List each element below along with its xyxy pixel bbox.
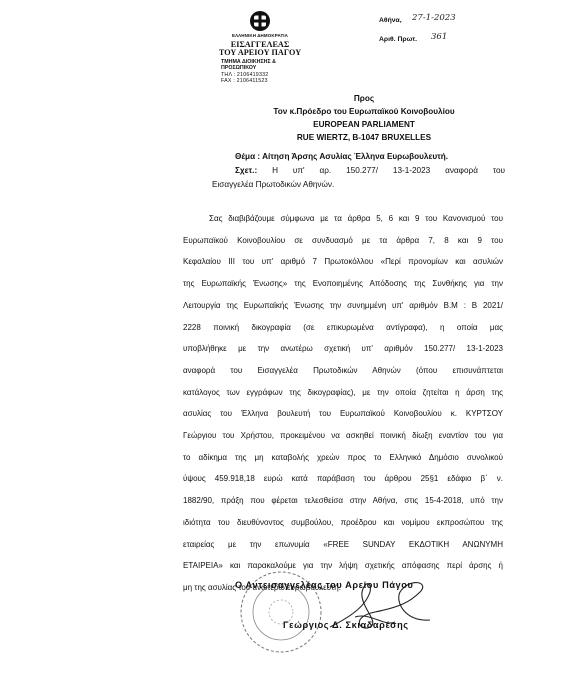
body-line: κατάλογος των εγγράφων της δικογραφίας),…: [183, 382, 503, 404]
body-line: αναφορά του Εισαγγελέα Πρωτοδικών Αθηνών…: [183, 360, 503, 382]
body-line: εταιρείας με την επωνυμία «FREE SUNDAY Ε…: [183, 534, 503, 556]
subject-text: Αίτηση Άρσης Ασυλίας Έλληνα Ευρωβουλευτή…: [262, 152, 448, 161]
signatory-name: Γεώργιος Δ. Σκιαδαρέσης: [283, 620, 409, 630]
body-line: Ευρωπαϊκού Κοινοβουλίου σε συνδυασμό με …: [183, 230, 503, 252]
date-label: Αθήνα,: [379, 17, 402, 24]
body-line: Λειτουργία της Ευρωπαϊκής Ένωσης την συν…: [183, 295, 503, 317]
body-line: 1882/90, πράξη που φέρεται τελεσθείσα στ…: [183, 490, 503, 512]
body-line: Γεώργιου του Χρήστου, προκειμένου να ασκ…: [183, 425, 503, 447]
body-line: το αδίκημα της μη καταβολής χρεών προς τ…: [183, 447, 503, 469]
republic-label: ΕΛΛΗΝΙΚΗ ΔΗΜΟΚΡΑΤΙΑ: [225, 33, 295, 38]
body-line: Κεφαλαίου III του υπ' αριθμό 7 Πρωτοκόλλ…: [183, 251, 503, 273]
department: ΤΜΗΜΑ ΔΙΟΙΚΗΣΗΣ & ΠΡΟΣΩΠΙΚΟΥ: [221, 59, 301, 71]
recipient-name: Τον κ.Πρόεδρο του Ευρωπαϊκού Κοινοβουλίο…: [214, 107, 514, 116]
body-line: Σας διαβιβάζουμε σύμφωνα με τα άρθρα 5, …: [183, 208, 503, 230]
body-line: ασυλίας του Έλληνα βουλευτή του Ευρωπαϊκ…: [183, 403, 503, 425]
body-line: της Ευρωπαϊκής Ένωσης» της Ενοποιημένης …: [183, 273, 503, 295]
recipient-org: EUROPEAN PARLIAMENT: [214, 120, 514, 129]
fax-number: FAX : 2106411523: [221, 78, 301, 84]
reference-line1: Σχετ.: Η υπ' αρ. 150.277/ 13-1-2023 αναφ…: [235, 166, 505, 175]
department-line2: ΠΡΟΣΩΠΙΚΟΥ: [221, 65, 301, 71]
protocol-label: Αριθ. Πρωτ.: [379, 36, 417, 43]
protocol-value: 361: [431, 32, 447, 42]
body-line: 2228 ποινική δικογραφία (σε επικυρωμένα …: [183, 317, 503, 339]
date-value: 27-1-2023: [412, 13, 456, 23]
body-line: ιδιότητα του διευθύνοντος συμβούλου, προ…: [183, 512, 503, 534]
subject-label: Θέμα :: [235, 152, 260, 161]
reference-label: Σχετ.:: [235, 166, 257, 175]
body-line: ύψους 459.918,18 ευρώ κατά παράβαση του …: [183, 468, 503, 490]
signatory-title: Ο Αντεισαγγελέας του Αρείου Πάγου: [235, 580, 413, 590]
reference-text: Η υπ' αρ. 150.277/ 13-1-2023 αναφορά του: [272, 166, 505, 175]
office-name-line2: ΤΟΥ ΑΡΕΙΟΥ ΠΑΓΟΥ: [205, 48, 315, 57]
greek-coat-of-arms-icon: [249, 10, 271, 32]
subject-line: Θέμα : Αίτηση Άρσης Ασυλίας Έλληνα Ευρωβ…: [235, 152, 448, 161]
recipient-address: RUE WIERTZ, B-1047 BRUXELLES: [214, 133, 514, 142]
recipient-to: Προς: [214, 94, 514, 103]
letter-body: Σας διαβιβάζουμε σύμφωνα με τα άρθρα 5, …: [183, 208, 503, 599]
body-line: υποβλήθηκε με την ανωτέρω σχετική υπ' αρ…: [183, 338, 503, 360]
reference-line2: Εισαγγελέα Πρωτοδικών Αθηνών.: [212, 180, 334, 189]
